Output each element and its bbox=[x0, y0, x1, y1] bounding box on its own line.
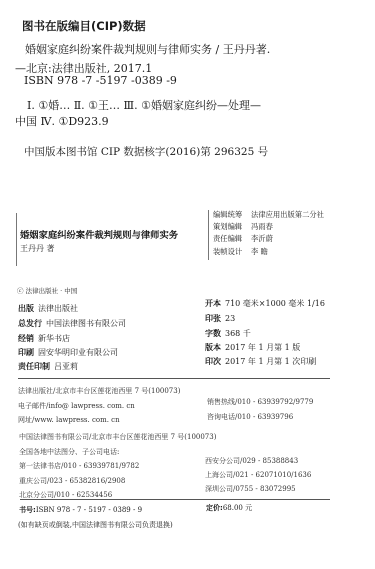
branch-phone: 第一法律书店/010 - 63939781/9782 bbox=[19, 461, 139, 471]
publisher-address: 法律出版社/北京市丰台区莲花池西里 7 号(100073) bbox=[18, 386, 180, 396]
pub-value: 368 千 bbox=[225, 329, 251, 338]
right-divider bbox=[208, 210, 209, 260]
cip-record-number: 中国版本图书馆 CIP 数据核字(2016)第 296325 号 bbox=[24, 144, 268, 159]
book-title: 婚姻家庭纠纷案件裁判规则与律师实务 bbox=[20, 227, 178, 241]
pub-label: 经销 bbox=[18, 334, 34, 343]
branch-phone: 上海公司/021 - 62071010/1636 bbox=[205, 470, 311, 480]
pub-row-distributor: 总发行中国法律图书有限公司 bbox=[18, 318, 126, 329]
pub-value: 固安华明印业有限公司 bbox=[38, 348, 118, 357]
pub-row-printer: 印刷固安华明印业有限公司 bbox=[18, 347, 118, 358]
price-label: 定价: bbox=[206, 504, 223, 512]
cip-subject-line: Ⅰ. ①婚… Ⅱ. ①王… Ⅲ. ①婚姻家庭纠纷—处理— bbox=[27, 97, 261, 113]
pub-row-seller: 经销新华书店 bbox=[18, 333, 70, 344]
book-author: 王丹丹 著 bbox=[20, 243, 55, 254]
pub-label: 总发行 bbox=[18, 319, 42, 328]
isbn-label: 书号: bbox=[19, 506, 36, 514]
cip-classification-line: 中国 Ⅳ. ①D923.9 bbox=[15, 113, 109, 129]
pub-label: 印张 bbox=[205, 314, 221, 323]
staff-row: 装帧设计李 瞻 bbox=[213, 247, 268, 257]
staff-name: 法律应用出版第二分社 bbox=[251, 210, 324, 219]
cip-isbn-line: ISBN 978 -7 -5197 -0389 -9 bbox=[24, 74, 177, 87]
publisher-email: 电子邮件/info@ lawpress. com. cn bbox=[18, 401, 135, 411]
inquiry-phone: 咨询电话/010 - 63939796 bbox=[207, 412, 293, 422]
pub-row-printing: 印次2017 年 1 月第 1 次印刷 bbox=[205, 356, 316, 367]
branch-phone: 深圳公司/0755 - 83072995 bbox=[205, 484, 296, 494]
pub-value: 710 毫米×1000 毫米 1/16 bbox=[225, 299, 325, 308]
pub-value: 23 bbox=[225, 314, 235, 323]
staff-row: 责任编辑李沂蔚 bbox=[213, 234, 273, 244]
pub-label: 责任印制 bbox=[18, 362, 50, 371]
pub-label: 字数 bbox=[205, 329, 221, 338]
pub-value: 吕亚莉 bbox=[54, 362, 78, 371]
distributor-address: 中国法律图书有限公司/北京市丰台区莲花池西里 7 号(100073) bbox=[19, 432, 216, 442]
pub-row-format: 开本710 毫米×1000 毫米 1/16 bbox=[205, 298, 325, 309]
price-line: 定价:68.00 元 bbox=[206, 503, 252, 513]
staff-role: 装帧设计 bbox=[213, 247, 251, 257]
branch-phones-intro: 全国各地中法图分、子公司电话: bbox=[19, 447, 119, 457]
branch-phone: 西安分公司/029 - 85388843 bbox=[205, 456, 298, 466]
staff-row: 策划编辑冯雨春 bbox=[213, 222, 273, 232]
divider-rule bbox=[20, 499, 330, 500]
left-divider bbox=[16, 213, 17, 266]
pub-label: 出版 bbox=[18, 304, 34, 313]
pub-row-wordcount: 字数368 千 bbox=[205, 328, 251, 339]
pub-row-edition: 版本2017 年 1 月第 1 版 bbox=[205, 342, 300, 353]
pub-row-print-manager: 责任印制吕亚莉 bbox=[18, 361, 78, 372]
divider-rule bbox=[18, 378, 330, 379]
branch-phone: 重庆公司/023 - 65382816/2908 bbox=[19, 476, 125, 486]
pub-value: 新华书店 bbox=[38, 334, 70, 343]
pub-row-sheets: 印张23 bbox=[205, 313, 235, 324]
publisher-website: 网址/www. lawpress. com. cn bbox=[18, 415, 120, 425]
staff-row: 编辑统筹法律应用出版第二分社 bbox=[213, 210, 324, 220]
pub-label: 开本 bbox=[205, 299, 221, 308]
isbn-line: 书号:ISBN 978 - 7 - 5197 - 0389 - 9 bbox=[19, 505, 142, 515]
pub-value: 法律出版社 bbox=[38, 304, 78, 313]
pub-value: 中国法律图书有限公司 bbox=[46, 319, 126, 328]
isbn-value: ISBN 978 - 7 - 5197 - 0389 - 9 bbox=[36, 506, 142, 514]
pub-row-publisher: 出版法律出版社 bbox=[18, 303, 78, 314]
staff-role: 责任编辑 bbox=[213, 234, 251, 244]
pub-label: 印刷 bbox=[18, 348, 34, 357]
copyright-line: ⓒ 法律出版社 · 中国 bbox=[17, 286, 77, 295]
staff-name: 李沂蔚 bbox=[251, 234, 273, 243]
pub-value: 2017 年 1 月第 1 版 bbox=[225, 343, 300, 352]
staff-name: 冯雨春 bbox=[251, 222, 273, 231]
cip-heading: 图书在版编目(CIP)数据 bbox=[22, 18, 146, 34]
pub-label: 版本 bbox=[205, 343, 221, 352]
pub-value: 2017 年 1 月第 1 次印刷 bbox=[225, 357, 316, 366]
pub-label: 印次 bbox=[205, 357, 221, 366]
cip-title-line: 婚姻家庭纠纷案件裁判规则与律师实务 / 王丹丹著. bbox=[25, 41, 270, 57]
staff-role: 编辑统筹 bbox=[213, 210, 251, 220]
return-policy-note: (如有缺页或倒装,中国法律图书有限公司负责退换) bbox=[18, 520, 173, 530]
price-value: 68.00 元 bbox=[223, 504, 252, 512]
sales-hotline: 销售热线/010 - 63939792/9779 bbox=[207, 397, 313, 407]
staff-role: 策划编辑 bbox=[213, 222, 251, 232]
staff-name: 李 瞻 bbox=[251, 247, 268, 256]
